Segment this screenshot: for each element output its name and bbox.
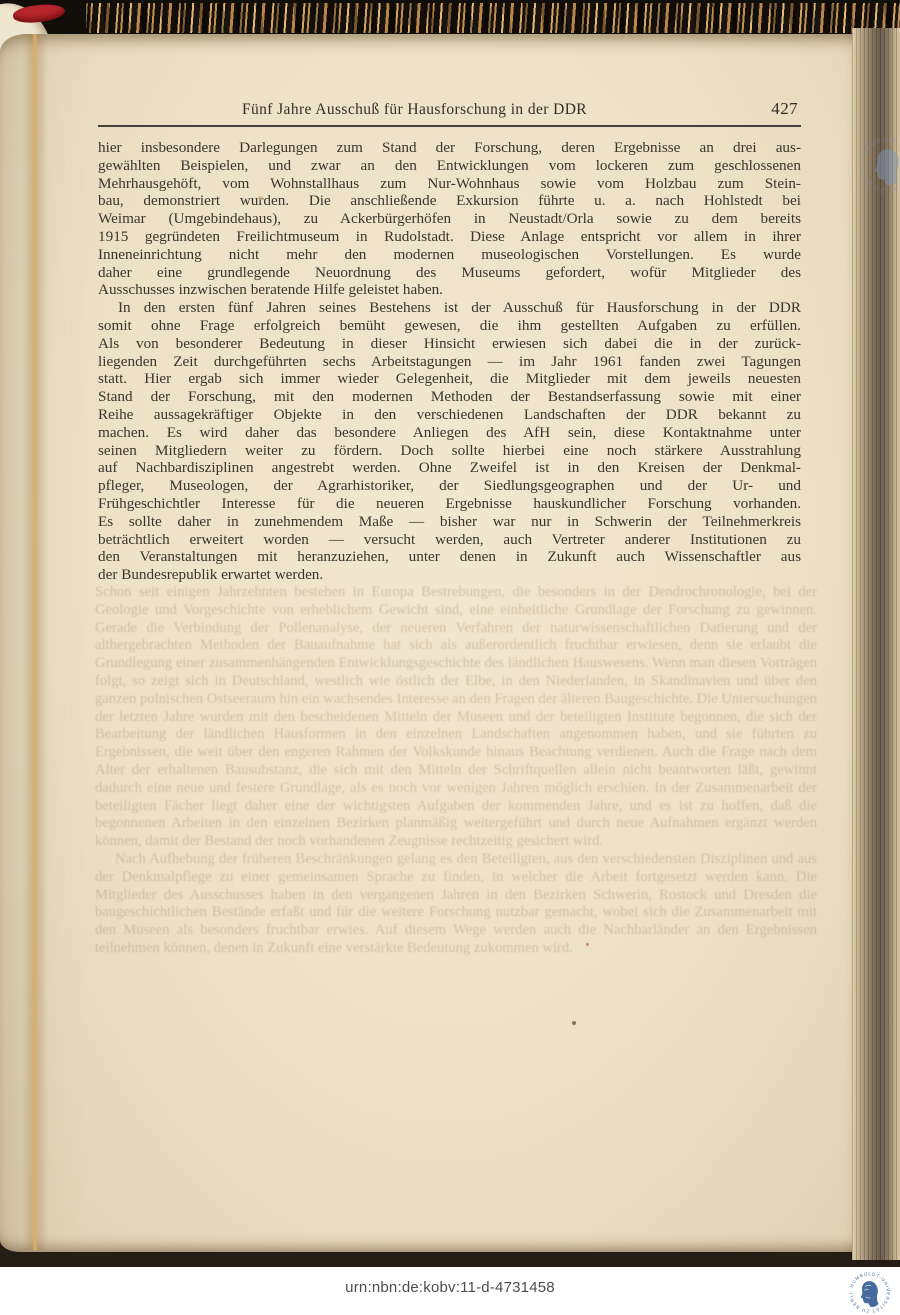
paragraph: In den ersten fünf Jahren seines Bestehe… [98,299,801,584]
text-line: In den ersten fünf Jahren seines Bestehe… [98,299,801,317]
text-line: hier insbesondere Darlegungen zum Stand … [98,139,801,157]
hu-berlin-seal: · HUMBOLDT-UNIVERSITÄT ZU BERLIN · [847,1270,892,1315]
hu-berlin-logo: · HUMBOLDT-UNIVERSITÄT ZU BERLIN · [847,1270,892,1315]
text-line: pfleger, Museologen, der Agrarhistoriker… [98,477,801,495]
urn-identifier: urn:nbn:de:kobv:11-d-4731458 [0,1279,900,1296]
paper-blemish [258,196,263,200]
text-line: Als von besonderer Bedeutung in dieser H… [98,335,801,353]
text-line: seinen Mitgliedern weiter zu fördern. Do… [98,442,801,460]
ghost-paragraph: Schon seit einigen Jahrzehnten bestehen … [95,584,817,851]
text-line: Reihe aussagekräftiger Objekte in den ve… [98,406,801,424]
text-line: Ausschusses inzwischen beratende Hilfe g… [98,281,801,299]
marbled-page-edges [86,3,900,33]
dust-speck [572,1021,576,1025]
text-line: der Bundesrepublik erwartet werden. [98,566,801,584]
hu-berlin-seal-faint: · HUMBOLDT-UNIVERSITÄT ZU BERLIN · [853,131,900,199]
text-line: Mehrhausgehöft, vom Wohnstallhaus zum Nu… [98,175,801,193]
show-through-text: Schon seit einigen Jahrzehnten bestehen … [95,584,817,1106]
text-line: Weimar (Umgebindehaus), zu Ackerbürgerhö… [98,210,801,228]
edge-library-stamp: · HUMBOLDT-UNIVERSITÄT ZU BERLIN · [853,131,900,204]
page-number: 427 [771,99,798,119]
text-line: somit ohne Frage erfolgreich bemüht gewe… [98,317,801,335]
text-line: Inneneinrichtung nicht mehr den modernen… [98,246,801,264]
text-line: den Veranstaltungen mit heranzuziehen, u… [98,548,801,566]
text-line: liegenden Zeit durchgeführten sechs Arbe… [98,353,801,371]
ghost-paragraph: Nach Aufhebung der früheren Beschränkung… [95,851,817,958]
chapter-title: Fünf Jahre Ausschuß für Hausforschung in… [98,101,731,119]
text-line: Es sollte daher in zunehmendem Maße — bi… [98,513,801,531]
text-line: Frühgeschichtler Interesse für die neuer… [98,495,801,513]
text-line: 1915 gegründeten Freilichtmuseum in Rudo… [98,228,801,246]
text-line: Stand der Forschung, mit den modernen Me… [98,388,801,406]
text-line: machen. Es wird daher das besondere Anli… [98,424,801,442]
paragraph: hier insbesondere Darlegungen zum Stand … [98,139,801,299]
body-text: hier insbesondere Darlegungen zum Stand … [98,139,801,584]
dust-speck [586,943,589,946]
text-line: statt. Hier ergab sich immer wieder Gele… [98,370,801,388]
text-line: gewählten Beispielen, und zwar an den En… [98,157,801,175]
text-line: bau, demonstriert wurden. Die anschließe… [98,192,801,210]
running-head: Fünf Jahre Ausschuß für Hausforschung in… [98,99,801,127]
book-scan: Fünf Jahre Ausschuß für Hausforschung in… [0,0,900,1315]
digitization-footer: urn:nbn:de:kobv:11-d-4731458 · HUMBOLDT-… [0,1267,900,1315]
text-line: beträchtlich erweitert worden — versucht… [98,531,801,549]
page-stack-edge [852,28,900,1260]
text-line: daher eine grundlegende Neuordnung des M… [98,264,801,282]
text-line: auf Nachbardisziplinen angestrebt werden… [98,459,801,477]
